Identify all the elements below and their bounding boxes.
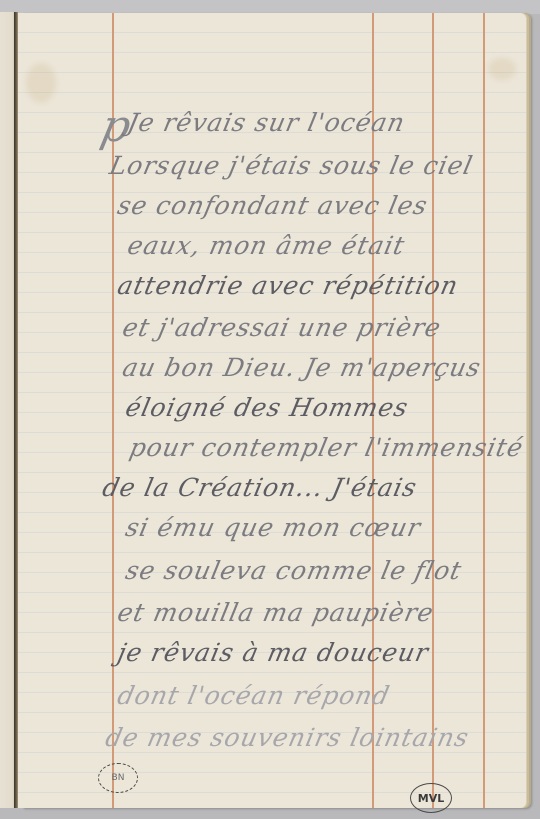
column-rule-2 [432,13,434,808]
handwriting-line-6: et j'adressai une prière [120,313,444,342]
handwriting-line-15: dont l'océan répond [115,681,393,710]
left-page-edge [0,12,15,808]
paper-stain [26,63,56,103]
handwriting-line-9: pour contempler l'immensité [127,433,526,462]
handwriting-line-11: si ému que mon cœur [123,513,424,542]
handwriting-line-8: éloigné des Hommes [123,393,411,422]
column-rule-3 [483,13,485,808]
handwriting-line-12: se souleva comme le flot [123,556,465,585]
paper-stain [488,58,516,80]
notebook-page: p Je rêvais sur l'océan Lorsque j'étais … [18,13,526,808]
handwriting-line-16: de mes souvenirs lointains [103,723,472,752]
handwriting-line-2: Lorsque j'étais sous le ciel [107,151,476,180]
handwriting-line-7: au bon Dieu. Je m'aperçus [120,353,484,382]
scan-background [0,0,540,14]
library-stamp-left: BN [98,763,138,793]
handwriting-line-10: de la Création... J'étais [100,473,420,502]
handwriting-line-14: je rêvais à ma douceur [115,638,432,667]
handwriting-line-13: et mouilla ma paupière [115,598,437,627]
handwriting-line-4: eaux, mon âme était [125,231,408,260]
handwriting-line-5: attendrie avec répétition [115,271,461,300]
handwriting-line-3: se confondant avec les [115,191,431,220]
library-stamp-right: MVL [410,783,452,813]
handwriting-line-1: Je rêvais sur l'océan [125,108,408,137]
